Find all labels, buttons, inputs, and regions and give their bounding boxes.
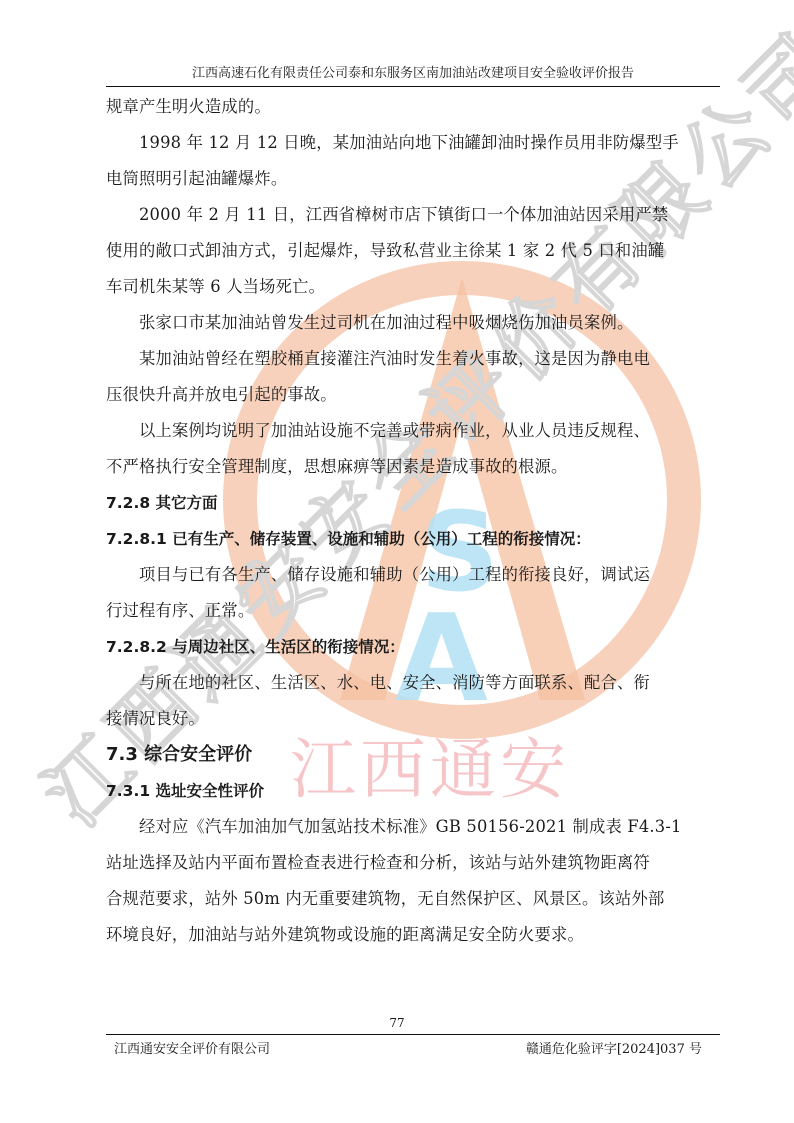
header-title: 江西高速石化有限责任公司泰和东服务区南加油站改建项目安全验收评价报告	[192, 66, 634, 81]
summary-line2: 不严格执行安全管理制度，思想麻痹等因素是造成事故的根源。	[106, 449, 722, 485]
section-7-2-8-2-line2: 接情况良好。	[106, 701, 722, 737]
summary-line1: 以上案例均说明了加油站设施不完善或带病作业，从业人员违反规程、	[106, 413, 722, 449]
footer-company: 江西通安安全评价有限公司	[114, 1038, 270, 1057]
section-heading-7-2-8-1: 7.2.8.1 已有生产、储存装置、设施和辅助（公用）工程的衔接情况：	[106, 521, 722, 557]
section-7-2-8-1-line2: 行过程有序、正常。	[106, 593, 722, 629]
case-2000-line3: 车司机朱某等 6 人当场死亡。	[106, 269, 722, 305]
case-2000-line1: 2000 年 2 月 11 日，江西省樟树市店下镇街口一个体加油站因采用严禁	[106, 197, 722, 233]
section-7-3-1-line3: 合规范要求，站外 50m 内无重要建筑物，无自然保护区、风景区。该站外部	[106, 881, 722, 917]
case-static-line1: 某加油站曾经在塑胶桶直接灌注汽油时发生着火事故，这是因为静电电	[106, 341, 722, 377]
case-1998-line2: 电筒照明引起油罐爆炸。	[106, 161, 722, 197]
section-heading-7-3: 7.3 综合安全评价	[106, 737, 722, 773]
section-7-3-1-line4: 环境良好，加油站与站外建筑物或设施的距离满足安全防火要求。	[106, 917, 722, 953]
section-heading-7-3-1: 7.3.1 选址安全性评价	[106, 773, 722, 809]
footer-divider	[106, 1034, 720, 1035]
case-1998-line1: 1998 年 12 月 12 日晚，某加油站向地下油罐卸油时操作员用非防爆型手	[106, 125, 722, 161]
page-header: 江西高速石化有限责任公司泰和东服务区南加油站改建项目安全验收评价报告	[106, 64, 720, 87]
section-7-3-1-line2: 站址选择及站内平面布置检查表进行检查和分析，该站与站外建筑物距离符	[106, 845, 722, 881]
case-static-line2: 压很快升高并放电引起的事故。	[106, 377, 722, 413]
section-heading-7-2-8: 7.2.8 其它方面	[106, 485, 722, 521]
page-number: 77	[0, 1016, 794, 1030]
case-2000-line2: 使用的敞口式卸油方式，引起爆炸，导致私营业主徐某 1 家 2 代 5 口和油罐	[106, 233, 722, 269]
section-7-2-8-2-line1: 与所在地的社区、生活区、水、电、安全、消防等方面联系、配合、衔	[106, 665, 722, 701]
case-zhangjiakou: 张家口市某加油站曾发生过司机在加油过程中吸烟烧伤加油员案例。	[106, 305, 722, 341]
paragraph-continuation: 规章产生明火造成的。	[106, 89, 722, 125]
footer-doc-number: 赣通危化验评字[2024]037 号	[526, 1038, 702, 1057]
section-heading-7-2-8-2: 7.2.8.2 与周边社区、生活区的衔接情况：	[106, 629, 722, 665]
section-7-3-1-line1: 经对应《汽车加油加气加氢站技术标准》GB 50156-2021 制成表 F4.3…	[106, 809, 722, 845]
section-7-2-8-1-line1: 项目与已有各生产、储存设施和辅助（公用）工程的衔接良好，调试运	[106, 557, 722, 593]
page-content: 规章产生明火造成的。 1998 年 12 月 12 日晚，某加油站向地下油罐卸油…	[106, 89, 722, 953]
